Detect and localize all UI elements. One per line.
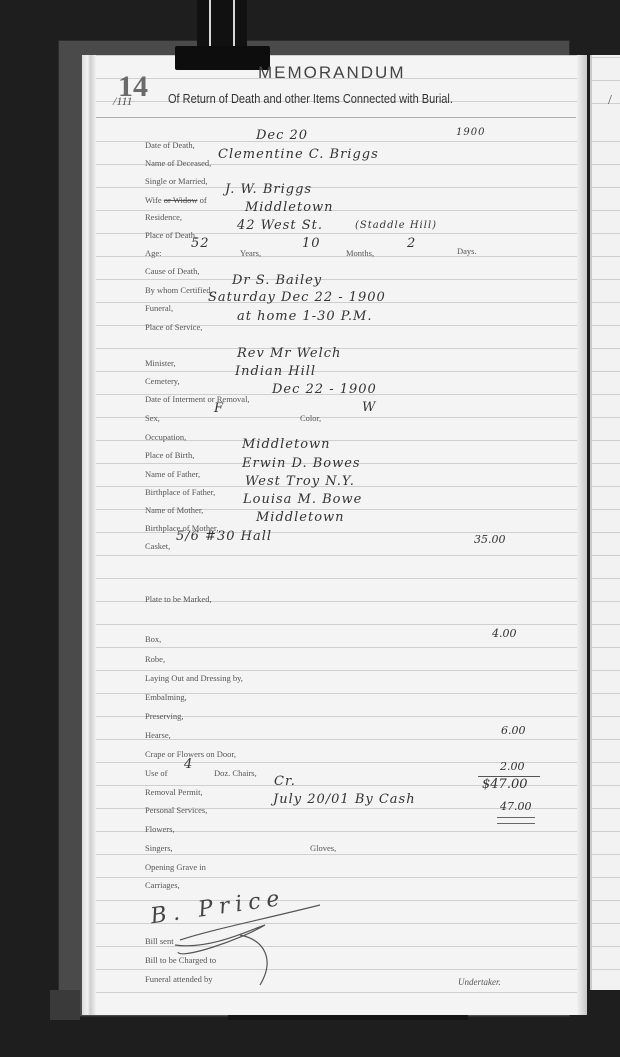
reference-mark: /111 bbox=[113, 94, 133, 109]
ledger-cover-corner bbox=[50, 990, 80, 1020]
label-opening-grave: Opening Grave in bbox=[145, 862, 206, 872]
value-birthplace-of-mother: Middletown bbox=[256, 510, 345, 525]
label-years: Years, bbox=[240, 248, 261, 258]
value-wife-or-widow-of: J. W. Briggs bbox=[225, 182, 312, 197]
value-place-of-death: 42 West St. bbox=[237, 218, 323, 233]
header-rule bbox=[96, 117, 576, 118]
label-laying-out: Laying Out and Dressing by, bbox=[145, 673, 243, 683]
label-box: Box, bbox=[145, 634, 161, 644]
value-name-of-deceased: Clementine C. Briggs bbox=[218, 147, 379, 162]
value-place-of-service: at home 1-30 P.M. bbox=[237, 309, 373, 324]
value-age-years: 52 bbox=[191, 236, 210, 251]
label-minister: Minister, bbox=[145, 358, 176, 368]
label-single-or-married: Single or Married, bbox=[145, 176, 208, 186]
value-date-of-interment: Dec 22 - 1900 bbox=[272, 382, 377, 397]
next-page-edge: / bbox=[590, 55, 620, 990]
label-hearse: Hearse, bbox=[145, 730, 171, 740]
label-preserving: Preserving, bbox=[145, 711, 183, 721]
binder-clip bbox=[175, 0, 270, 70]
label-casket: Casket, bbox=[145, 541, 170, 551]
label-wife-or-widow-of: Wife or Widow of bbox=[145, 195, 207, 205]
value-age-days: 2 bbox=[407, 236, 416, 251]
label-flowers: Flowers, bbox=[145, 824, 175, 834]
label-place-of-birth: Place of Birth, bbox=[145, 450, 194, 460]
label-personal-services: Personal Services, bbox=[145, 805, 207, 815]
label-place-of-service: Place of Service, bbox=[145, 322, 202, 332]
value-cemetery: Indian Hill bbox=[235, 364, 316, 379]
label-place-of-death: Place of Death, bbox=[145, 230, 197, 240]
label-name-of-deceased: Name of Deceased, bbox=[145, 158, 211, 168]
next-page-mark: / bbox=[608, 93, 612, 109]
label-singers: Singers, bbox=[145, 843, 173, 853]
value-minister: Rev Mr Welch bbox=[237, 346, 341, 361]
value-place-of-death-note: (Staddle Hill) bbox=[355, 220, 437, 231]
label-days: Days. bbox=[457, 246, 477, 256]
value-name-of-mother: Louisa M. Bowe bbox=[243, 492, 362, 507]
amount-box: 4.00 bbox=[492, 627, 517, 640]
label-birthplace-of-father: Birthplace of Father, bbox=[145, 487, 215, 497]
value-personal-services: July 20/01 By Cash bbox=[273, 792, 416, 807]
value-birthplace-of-father: West Troy N.Y. bbox=[245, 474, 355, 489]
label-months: Months, bbox=[346, 248, 374, 258]
label-chairs-prefix: Use of bbox=[145, 768, 167, 778]
value-date-of-death: Dec 20 bbox=[256, 128, 308, 143]
label-certified-by: By whom Certified, bbox=[145, 285, 213, 295]
label-funeral-attended-by: Funeral attended by bbox=[145, 974, 213, 984]
label-embalming: Embalming, bbox=[145, 692, 187, 702]
label-plate-to-be-marked: Plate to be Marked, bbox=[145, 594, 212, 604]
settled-double-underline bbox=[497, 817, 535, 824]
label-robe: Robe, bbox=[145, 654, 165, 664]
value-sex: F bbox=[214, 401, 224, 416]
label-bill-sent: Bill sent bbox=[145, 936, 174, 946]
value-casket: 5/6 #30 Hall bbox=[176, 529, 272, 544]
page-title: MEMORANDUM bbox=[258, 63, 406, 83]
amount-payment: 47.00 bbox=[500, 800, 532, 813]
amount-total: $47.00 bbox=[482, 777, 528, 792]
label-name-of-mother: Name of Mother, bbox=[145, 505, 203, 515]
label-undertaker: Undertaker. bbox=[458, 977, 501, 987]
value-residence: Middletown bbox=[245, 200, 334, 215]
label-name-of-father: Name of Father, bbox=[145, 469, 200, 479]
value-age-months: 10 bbox=[302, 236, 321, 251]
label-removal-permit: Removal Permit, bbox=[145, 787, 203, 797]
value-funeral: Saturday Dec 22 - 1900 bbox=[208, 290, 386, 305]
label-chairs-suffix: Doz. Chairs, bbox=[214, 768, 257, 778]
label-date-of-death: Date of Death, bbox=[145, 140, 195, 150]
value-color: W bbox=[362, 400, 376, 415]
amount-hearse: 6.00 bbox=[501, 724, 526, 737]
label-cemetery: Cemetery, bbox=[145, 376, 180, 386]
value-year: 1900 bbox=[456, 127, 485, 138]
label-sex: Sex, bbox=[145, 413, 160, 423]
label-bill-charged-to: Bill to be Charged to bbox=[145, 955, 216, 965]
label-funeral: Funeral, bbox=[145, 303, 173, 313]
label-carriages: Carriages, bbox=[145, 880, 180, 890]
page-subtitle: Of Return of Death and other Items Conne… bbox=[168, 92, 453, 106]
label-age: Age: bbox=[145, 248, 162, 258]
label-residence: Residence, bbox=[145, 212, 182, 222]
label-cause-of-death: Cause of Death, bbox=[145, 266, 200, 276]
amount-chairs: 2.00 bbox=[500, 760, 525, 773]
label-date-of-interment: Date of Interment or Removal, bbox=[145, 394, 250, 404]
value-place-of-birth: Middletown bbox=[242, 437, 331, 452]
value-certified-by: Dr S. Bailey bbox=[232, 273, 322, 288]
value-chairs-count: 4 bbox=[184, 757, 193, 772]
label-gloves: Gloves, bbox=[310, 843, 336, 853]
amount-casket: 35.00 bbox=[474, 533, 506, 546]
value-removal-permit: Cr. bbox=[274, 774, 296, 789]
value-name-of-father: Erwin D. Bowes bbox=[242, 456, 361, 471]
label-color: Color, bbox=[300, 413, 321, 423]
label-occupation: Occupation, bbox=[145, 432, 186, 442]
